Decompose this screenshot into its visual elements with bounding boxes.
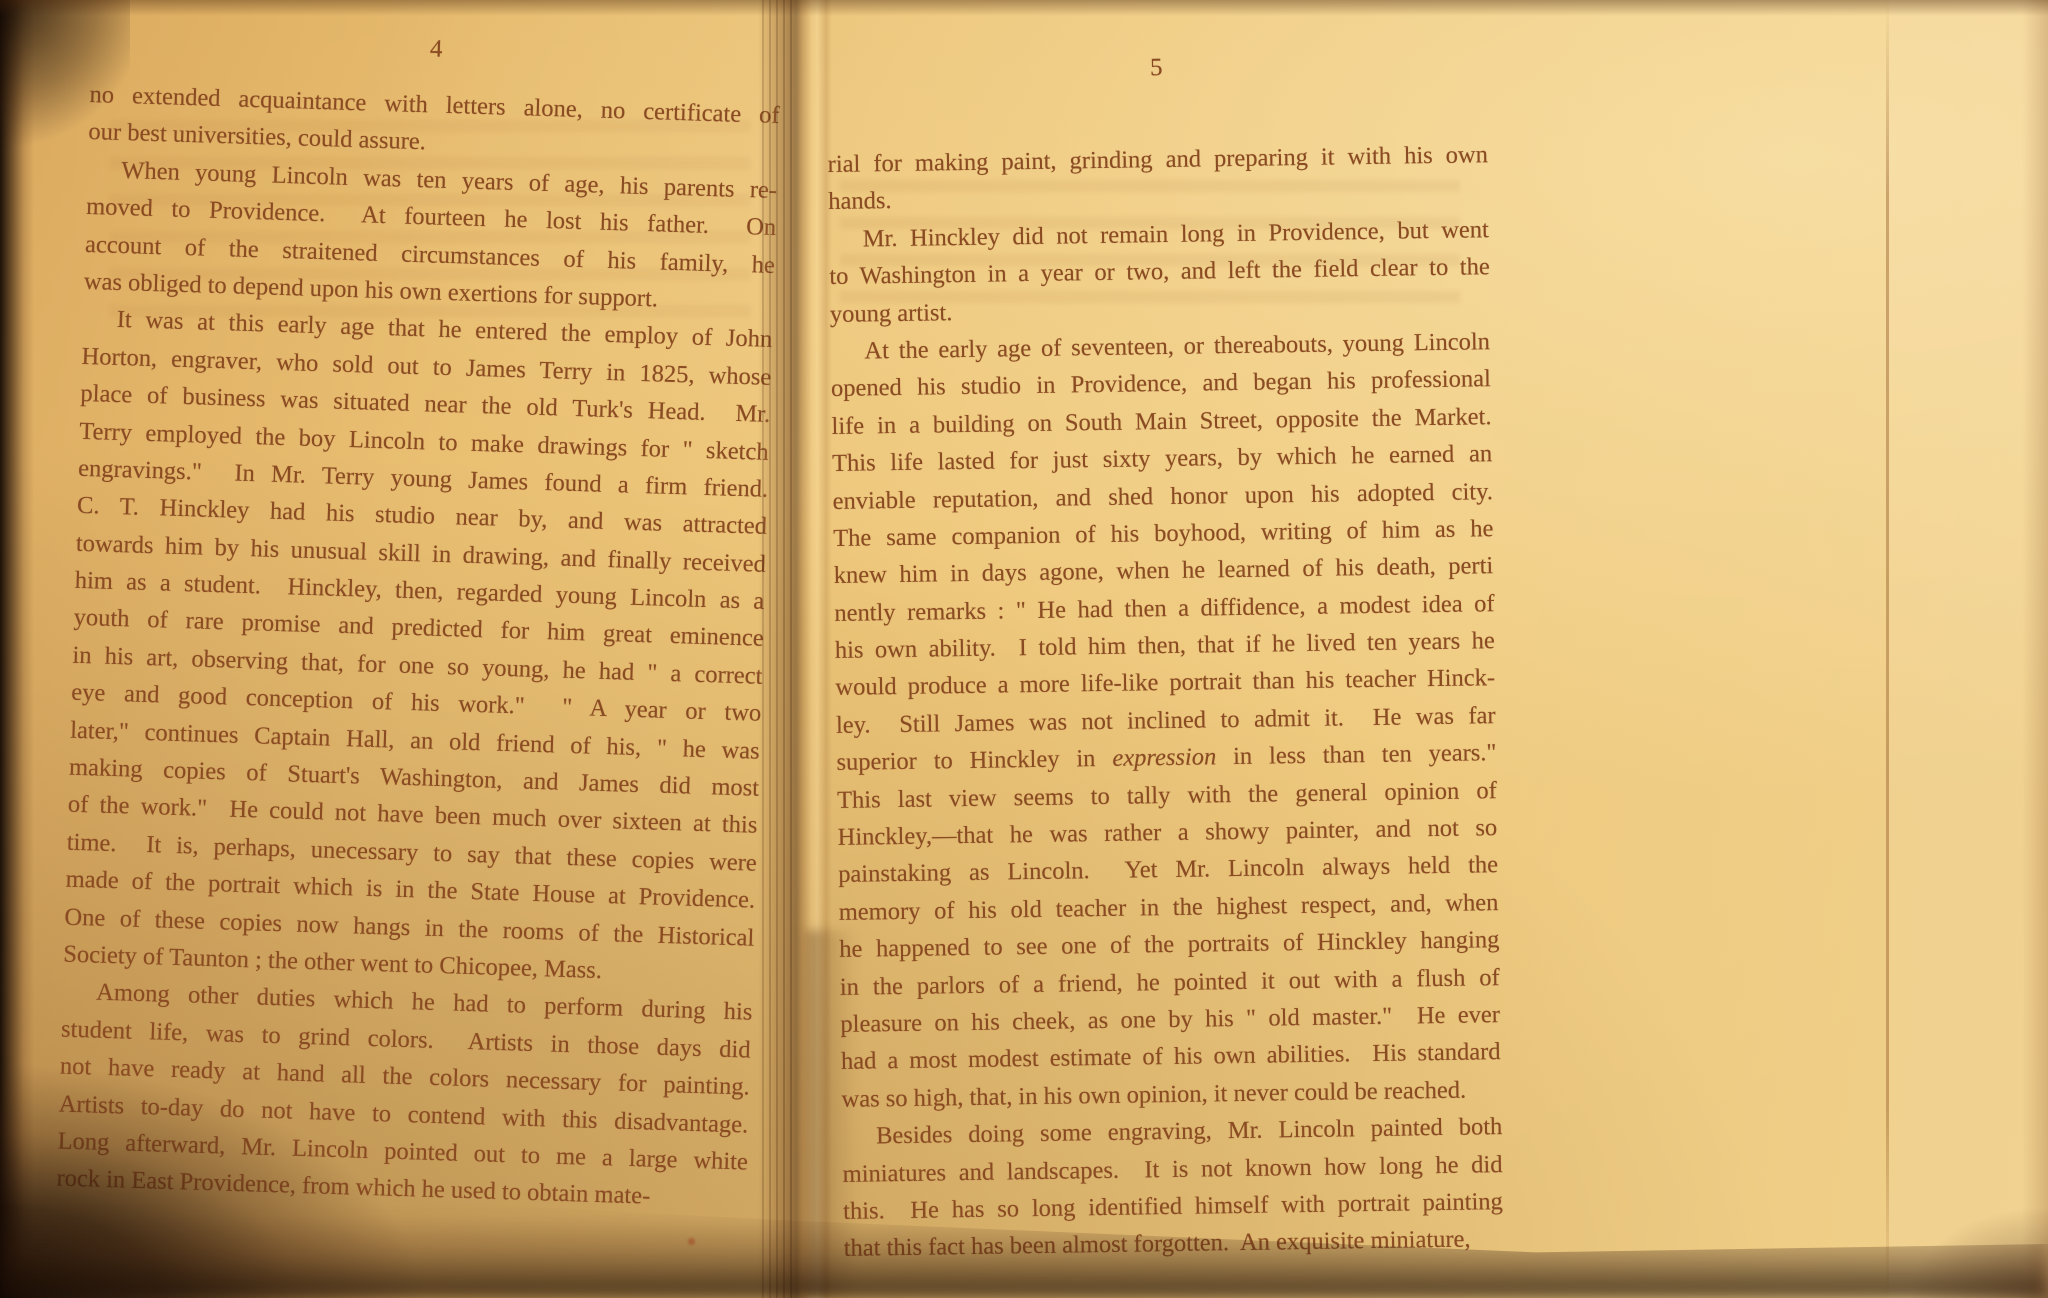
right-edge-shade (2022, 0, 2048, 1298)
paragraph: Among other duties which he had to perfo… (56, 973, 753, 1218)
left-edge-shadow (0, 0, 34, 1298)
paragraph: Mr. Hinckley did not remain long in Prov… (829, 211, 1491, 333)
paragraph: At the early age of seventeen, or therea… (830, 323, 1502, 1118)
paper-stain-spot (688, 1238, 695, 1245)
underlying-page-edge (1886, 0, 1889, 1298)
bottom-right-corner-shadow (1848, 1168, 2048, 1298)
paragraph: rial for making paint, grinding and prep… (827, 136, 1488, 221)
paragraph: When young Lincoln was ten years of age,… (83, 151, 777, 322)
underlying-page-surface (1889, 0, 2048, 1298)
page-left-text: no extended acquaintance with letters al… (56, 76, 780, 1218)
paragraph: It was at this early age that he entered… (63, 300, 773, 994)
paragraph: Besides doing some engraving, Mr. Lincol… (842, 1108, 1504, 1267)
page-number-right: 5 (826, 42, 1487, 94)
page-number-left: 4 (91, 18, 782, 81)
page-right-text: rial for making paint, grinding and prep… (827, 136, 1504, 1267)
top-edge-shadow (0, 0, 2048, 16)
page-right: 5 rial for making paint, grinding and pr… (826, 42, 1504, 1267)
book-spread: 4 no extended acquaintance with letters … (0, 0, 2048, 1298)
page-left: 4 no extended acquaintance with letters … (56, 18, 782, 1218)
